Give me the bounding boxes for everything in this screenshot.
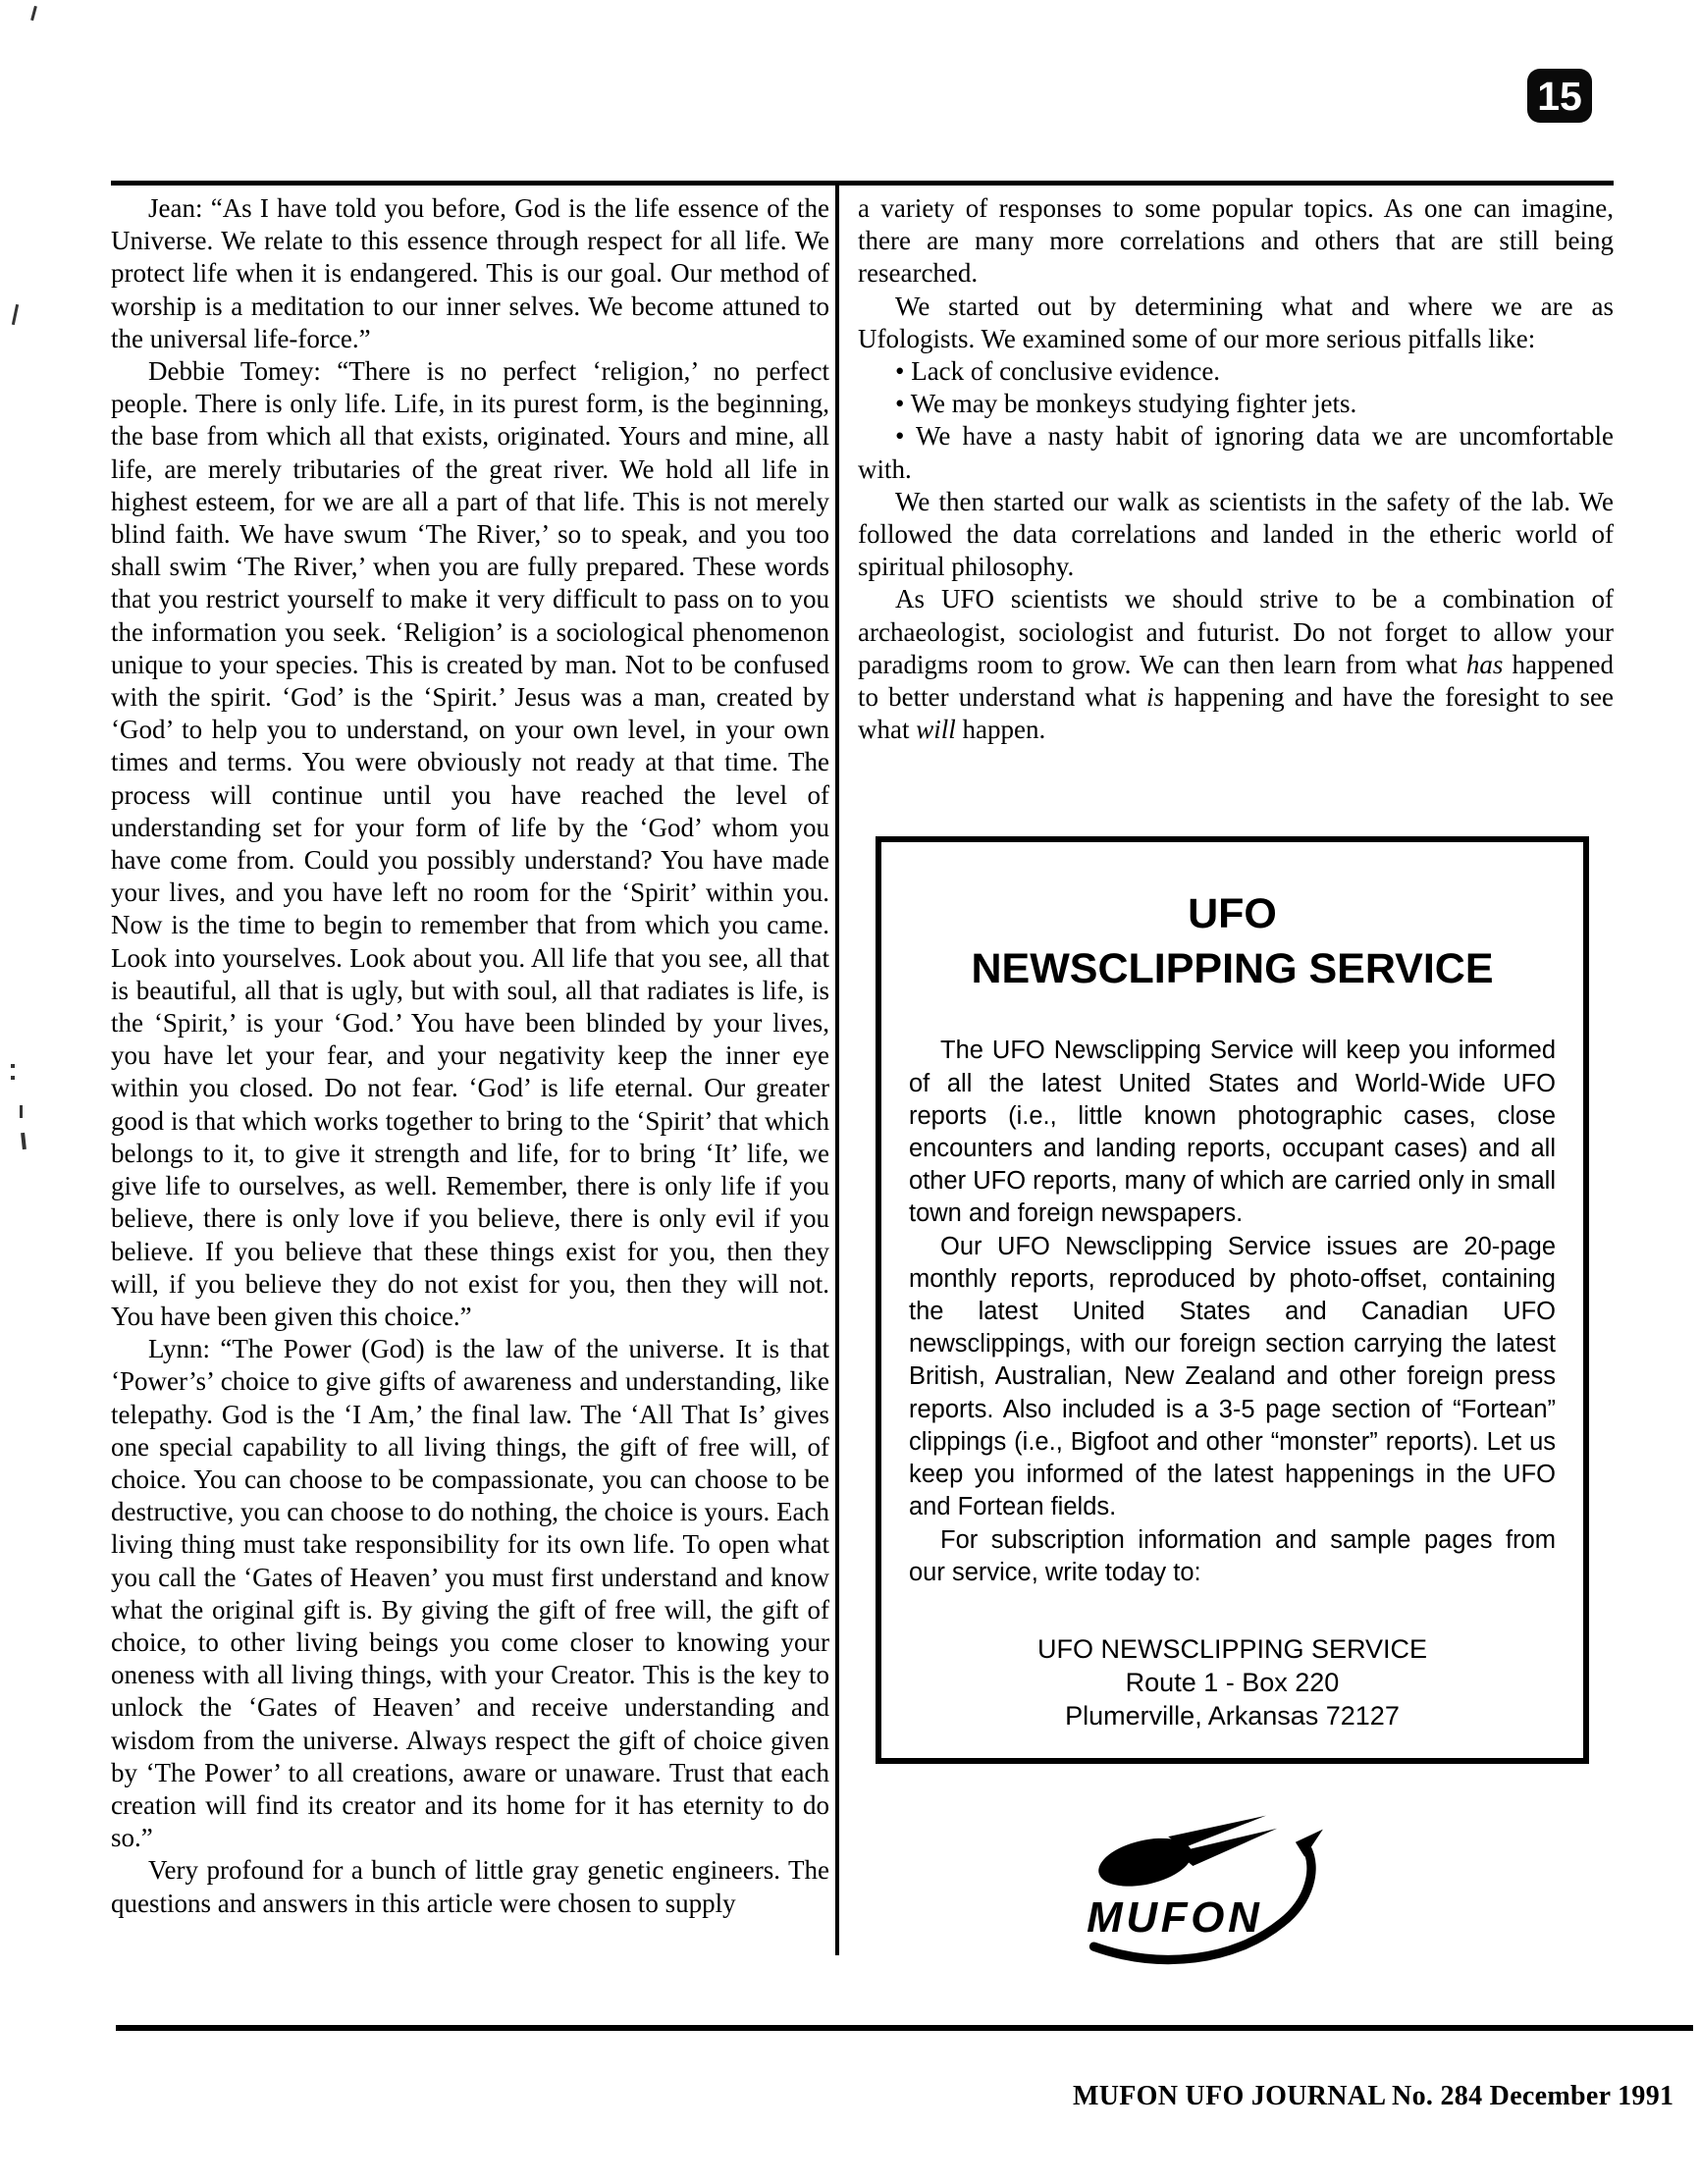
article-right-text: a variety of responses to some popular t… [858, 192, 1614, 746]
footer-journal-line: MUFON UFO JOURNAL No. 284 December 1991 [1073, 2081, 1673, 2112]
ad-newsclipping-box: UFO NEWSCLIPPING SERVICE The UFO Newscli… [876, 836, 1589, 1763]
article-paragraph: Lynn: “The Power (God) is the law of the… [111, 1333, 829, 1854]
article-right-column: a variety of responses to some popular t… [858, 192, 1614, 1986]
header-rule [111, 181, 1614, 186]
mufon-logo: MUFON [1074, 1809, 1368, 1986]
ad-paragraph: For subscription information and sample … [909, 1524, 1556, 1589]
article-paragraph: We started out by determining what and w… [858, 291, 1614, 355]
mufon-logo-graphic: MUFON [1074, 1809, 1349, 1978]
scan-artifact [11, 1064, 15, 1068]
column-divider-rule [835, 181, 839, 1955]
ad-title-line1: UFO [909, 887, 1556, 940]
article-paragraph: • We have a nasty habit of ignoring data… [858, 420, 1614, 485]
article-paragraph: Jean: “As I have told you before, God is… [111, 192, 829, 355]
mufon-logo-text: MUFON [1087, 1893, 1262, 1942]
ad-paragraph: Our UFO Newsclipping Service issues are … [909, 1231, 1556, 1524]
scan-artifact [21, 1133, 27, 1149]
article-paragraph: • Lack of conclusive evidence. [858, 355, 1614, 388]
article-paragraph: Debbie Tomey: “There is no perfect ‘reli… [111, 355, 829, 1333]
ad-address-block: UFO NEWSCLIPPING SERVICERoute 1 - Box 22… [909, 1632, 1556, 1732]
ad-title-line2: NEWSCLIPPING SERVICE [909, 942, 1556, 995]
article-paragraph: a variety of responses to some popular t… [858, 192, 1614, 291]
article-paragraph: Very profound for a bunch of little gray… [111, 1854, 829, 1919]
article-paragraph: We then started our walk as scientists i… [858, 486, 1614, 584]
ad-body: The UFO Newsclipping Service will keep y… [909, 1035, 1556, 1588]
journal-page: 15 Jean: “As I have told you before, God… [0, 0, 1699, 2184]
article-paragraph: • We may be monkeys studying fighter jet… [858, 388, 1614, 420]
scan-artifact [12, 304, 19, 325]
ad-address-line: Plumerville, Arkansas 72127 [909, 1699, 1556, 1732]
page-number-badge: 15 [1527, 69, 1592, 123]
scan-artifact [20, 1105, 23, 1118]
ad-address-line: Route 1 - Box 220 [909, 1666, 1556, 1699]
footer-rule [116, 2025, 1693, 2031]
ad-paragraph: The UFO Newsclipping Service will keep y… [909, 1035, 1556, 1230]
scan-artifact [11, 1076, 15, 1080]
comet-icon [1093, 1816, 1277, 1894]
article-paragraph: As UFO scientists we should strive to be… [858, 583, 1614, 746]
ad-address-line: UFO NEWSCLIPPING SERVICE [909, 1632, 1556, 1666]
scan-artifact [30, 6, 37, 21]
article-left-column: Jean: “As I have told you before, God is… [111, 192, 829, 1920]
